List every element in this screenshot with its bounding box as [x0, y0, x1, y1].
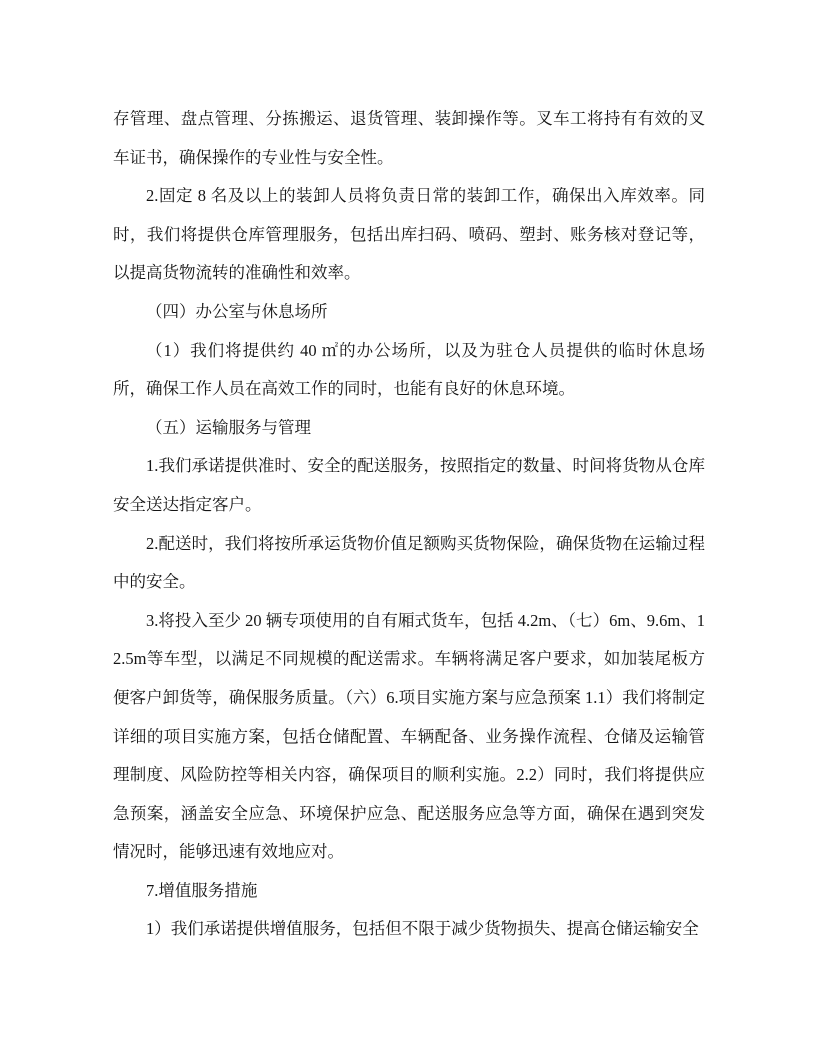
document-body: 存管理、盘点管理、分拣搬运、退货管理、装卸操作等。叉车工将持有有效的叉车证书，确…: [113, 100, 705, 949]
paragraph-continuation: 存管理、盘点管理、分拣搬运、退货管理、装卸操作等。叉车工将持有有效的叉车证书，确…: [113, 100, 705, 177]
heading-section-5-transport-service: （五）运输服务与管理: [113, 409, 705, 448]
paragraph-cargo-insurance: 2.配送时，我们将按所承运货物价值足额购买货物保险，确保货物在运输过程中的安全。: [113, 525, 705, 602]
paragraph-value-added-commitment: 1）我们承诺提供增值服务，包括但不限于减少货物损失、提高仓储运输安全: [113, 910, 705, 949]
document-page: 存管理、盘点管理、分拣搬运、退货管理、装卸操作等。叉车工将持有有效的叉车证书，确…: [0, 0, 816, 1056]
paragraph-office-space: （1）我们将提供约 40 ㎡的办公场所，以及为驻仓人员提供的临时休息场所，确保工…: [113, 332, 705, 409]
heading-section-4-office-rest-area: （四）办公室与休息场所: [113, 293, 705, 332]
paragraph-delivery-commitment: 1.我们承诺提供准时、安全的配送服务，按照指定的数量、时间将货物从仓库安全送达指…: [113, 447, 705, 524]
paragraph-trucks-and-implementation-plan: 3.将投入至少 20 辆专项使用的自有厢式货车，包括 4.2m、（七）6m、9.…: [113, 602, 705, 872]
paragraph-loading-staff: 2.固定 8 名及以上的装卸人员将负责日常的装卸工作，确保出入库效率。同时，我们…: [113, 177, 705, 293]
heading-value-added-services: 7.增值服务措施: [113, 872, 705, 911]
